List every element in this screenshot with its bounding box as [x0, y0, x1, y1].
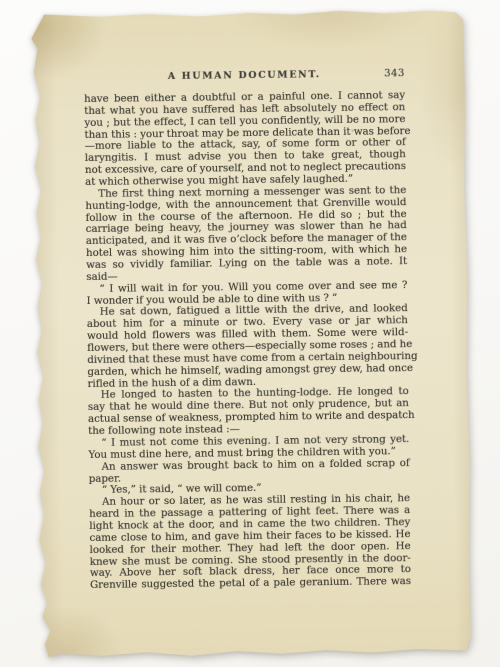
paragraph: He longed to hasten to the hunting-lodge… — [88, 387, 410, 438]
book-page-wrapper: A HUMAN DOCUMENT. 343 have been either a… — [29, 9, 474, 659]
paragraph: have been either a doubtful or a painful… — [84, 90, 406, 189]
page-number: 343 — [384, 68, 405, 79]
text-column: A HUMAN DOCUMENT. 343 have been either a… — [84, 68, 411, 592]
paragraph: The first thing next morning a messenger… — [85, 185, 407, 284]
book-page: A HUMAN DOCUMENT. 343 have been either a… — [29, 9, 474, 659]
paragraph: He sat down, fatigued a little with the … — [87, 304, 409, 391]
body-text: have been either a doubtful or a painful… — [84, 90, 411, 592]
text-line: Grenville suggested the petal of a pale … — [90, 576, 411, 592]
running-header: A HUMAN DOCUMENT. 343 — [84, 68, 405, 85]
paragraph: An hour or so later, as he was still res… — [89, 493, 411, 592]
photo-background: A HUMAN DOCUMENT. 343 have been either a… — [0, 0, 500, 667]
running-header-title: A HUMAN DOCUMENT. — [84, 68, 405, 83]
